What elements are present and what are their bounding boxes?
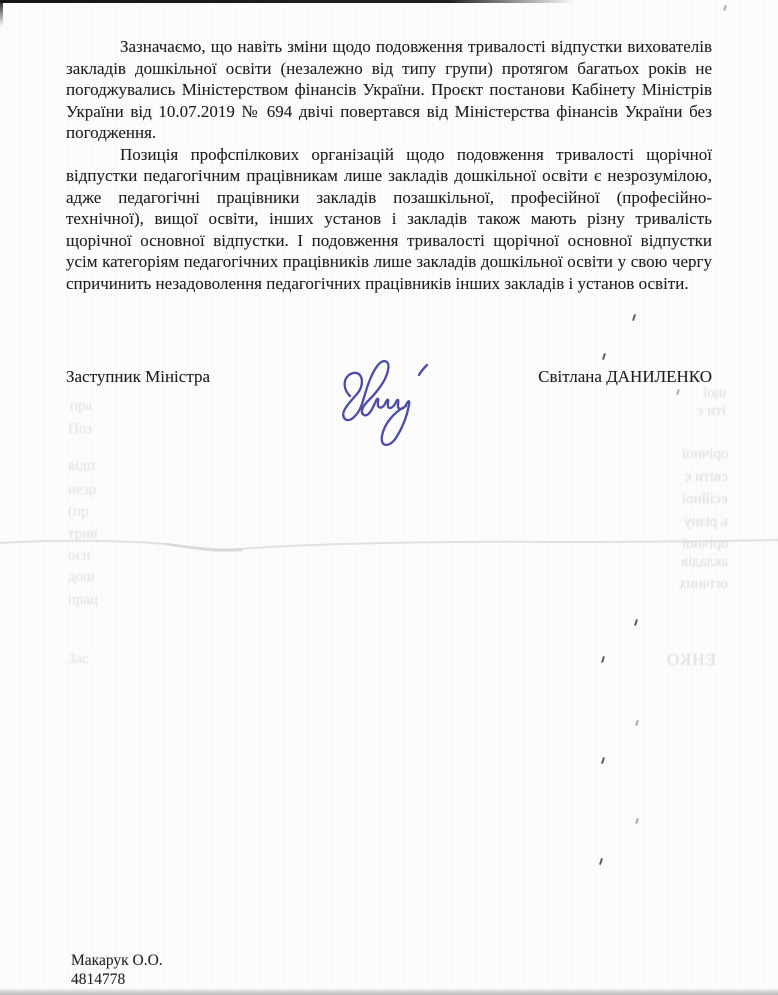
bleedthrough-fragment: ь різну xyxy=(684,514,728,531)
scan-edge-bottom xyxy=(0,989,778,995)
letter-body: Зазначаємо, що навіть зміни щодо подовже… xyxy=(66,36,712,294)
bleedthrough-fragment: есійної xyxy=(682,491,728,508)
bleedthrough-fragment: орічної xyxy=(682,536,728,553)
scan-speck xyxy=(602,353,606,360)
scan-speck xyxy=(632,314,636,321)
bleedthrough-fragment: Зас xyxy=(68,651,89,668)
handwritten-signature xyxy=(320,348,440,458)
paragraph-union-position: Позиція профспілкових організацій щодо п… xyxy=(66,144,712,295)
scan-speck xyxy=(634,619,638,626)
bleedthrough-fragment: ЕНКО xyxy=(666,650,716,670)
scan-speck xyxy=(676,389,680,395)
scan-speck xyxy=(635,720,639,726)
bleedthrough-fragment: дош xyxy=(68,569,95,586)
scan-edge-top xyxy=(0,0,575,3)
signer-name: Світлана ДАНИЛЕНКО xyxy=(538,367,712,387)
bleedthrough-fragment: орічної xyxy=(682,446,728,463)
bleedthrough-fragment: незр xyxy=(68,482,96,499)
bleedthrough-fragment: прац xyxy=(68,592,98,609)
paper-crease-line xyxy=(0,534,778,556)
bleedthrough-fragment: Поз xyxy=(68,421,92,438)
bleedthrough-fragment: відп xyxy=(68,458,95,475)
scan-speck xyxy=(601,757,605,764)
signer-position-title: Заступник Міністра xyxy=(66,367,210,387)
scan-speck xyxy=(635,818,639,824)
bleedthrough-fragment: акладів xyxy=(681,554,728,571)
scanned-letter-page: Зазначаємо, що навіть зміни щодо подовже… xyxy=(0,0,778,995)
bleedthrough-fragment: (пр xyxy=(68,504,89,521)
bleedthrough-fragment: іти є xyxy=(697,403,726,420)
scan-speck xyxy=(601,656,605,663)
bleedthrough-fragment: огічних xyxy=(679,576,728,593)
bleedthrough-fragment: осн xyxy=(68,548,91,565)
executor-phone: 4814778 xyxy=(71,970,163,989)
bleedthrough-fragment: пра xyxy=(70,398,92,415)
bleedthrough-fragment: трив xyxy=(68,526,97,543)
paragraph-vacation-extension: Зазначаємо, що навіть зміни щодо подовже… xyxy=(66,36,712,144)
executor-name: Макарук О.О. xyxy=(71,951,163,970)
scan-speck xyxy=(723,5,727,11)
scan-speck xyxy=(599,858,603,865)
bleedthrough-fragment: щої xyxy=(703,385,726,402)
scan-edge-top-left xyxy=(0,0,3,26)
executor-block: Макарук О.О. 4814778 xyxy=(71,951,163,989)
bleedthrough-fragment: світи є xyxy=(685,469,728,486)
